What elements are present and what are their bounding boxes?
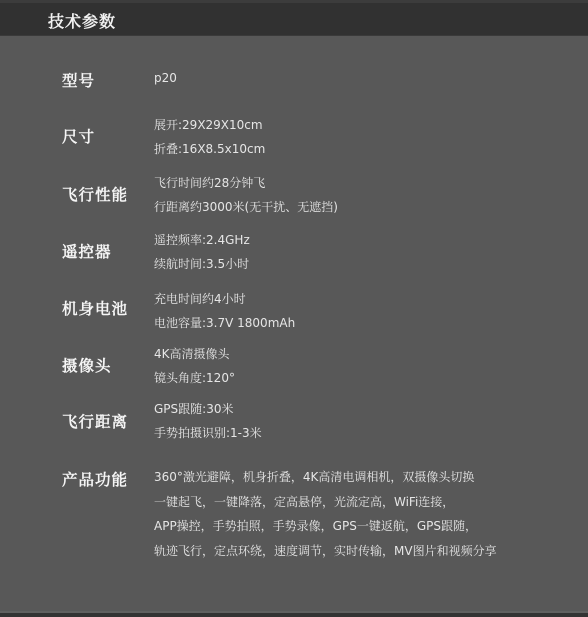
section-title: 技术参数 [48, 9, 116, 32]
spec-label: 产品功能 [62, 468, 128, 490]
spec-label: 型号 [62, 69, 95, 91]
spec-values: 4K高清摄像头 镜头角度:120° [154, 342, 235, 390]
spec-value: 充电时间约4小时 [154, 287, 295, 311]
spec-value: GPS跟随:30米 [154, 397, 262, 421]
spec-label: 飞行性能 [62, 183, 128, 205]
spec-values: 遥控频率:2.4GHz 续航时间:3.5小时 [154, 228, 250, 276]
spec-value: 续航时间:3.5小时 [154, 252, 250, 276]
section-header: 技术参数 [0, 3, 588, 36]
spec-value: 折叠:16X8.5x10cm [154, 137, 265, 161]
spec-values: p20 [154, 66, 177, 90]
spec-label: 机身电池 [62, 297, 128, 319]
spec-values: 充电时间约4小时 电池容量:3.7V 1800mAh [154, 287, 295, 335]
spec-value: 飞行时间约28分钟飞 [154, 171, 338, 195]
spec-value: APP操控，手势拍照，手势录像，GPS一键返航，GPS跟随， [154, 514, 497, 539]
spec-value: 手势拍摄识别:1-3米 [154, 421, 262, 445]
spec-value: 行距离约3000米(无干扰、无遮挡) [154, 195, 338, 219]
spec-values: GPS跟随:30米 手势拍摄识别:1-3米 [154, 397, 262, 445]
spec-label: 尺寸 [62, 125, 95, 147]
spec-value: 电池容量:3.7V 1800mAh [154, 311, 295, 335]
spec-value: 遥控频率:2.4GHz [154, 228, 250, 252]
spec-label: 遥控器 [62, 240, 112, 262]
bottom-border [0, 613, 588, 617]
spec-value: 一键起飞，一键降落，定高悬停，光流定高，WiFi连接， [154, 490, 497, 515]
spec-value: 4K高清摄像头 [154, 342, 235, 366]
spec-value: p20 [154, 66, 177, 90]
spec-value: 360°激光避障，机身折叠，4K高清电调相机，双摄像头切换 [154, 465, 497, 490]
spec-values: 展开:29X29X10cm 折叠:16X8.5x10cm [154, 113, 265, 161]
spec-label: 飞行距离 [62, 410, 128, 432]
spec-value: 轨迹飞行，定点环绕，速度调节，实时传输，MV图片和视频分享 [154, 539, 497, 564]
spec-values: 飞行时间约28分钟飞 行距离约3000米(无干扰、无遮挡) [154, 171, 338, 219]
spec-value: 镜头角度:120° [154, 366, 235, 390]
spec-value: 展开:29X29X10cm [154, 113, 265, 137]
spec-values: 360°激光避障，机身折叠，4K高清电调相机，双摄像头切换 一键起飞，一键降落，… [154, 465, 497, 563]
spec-label: 摄像头 [62, 354, 112, 376]
